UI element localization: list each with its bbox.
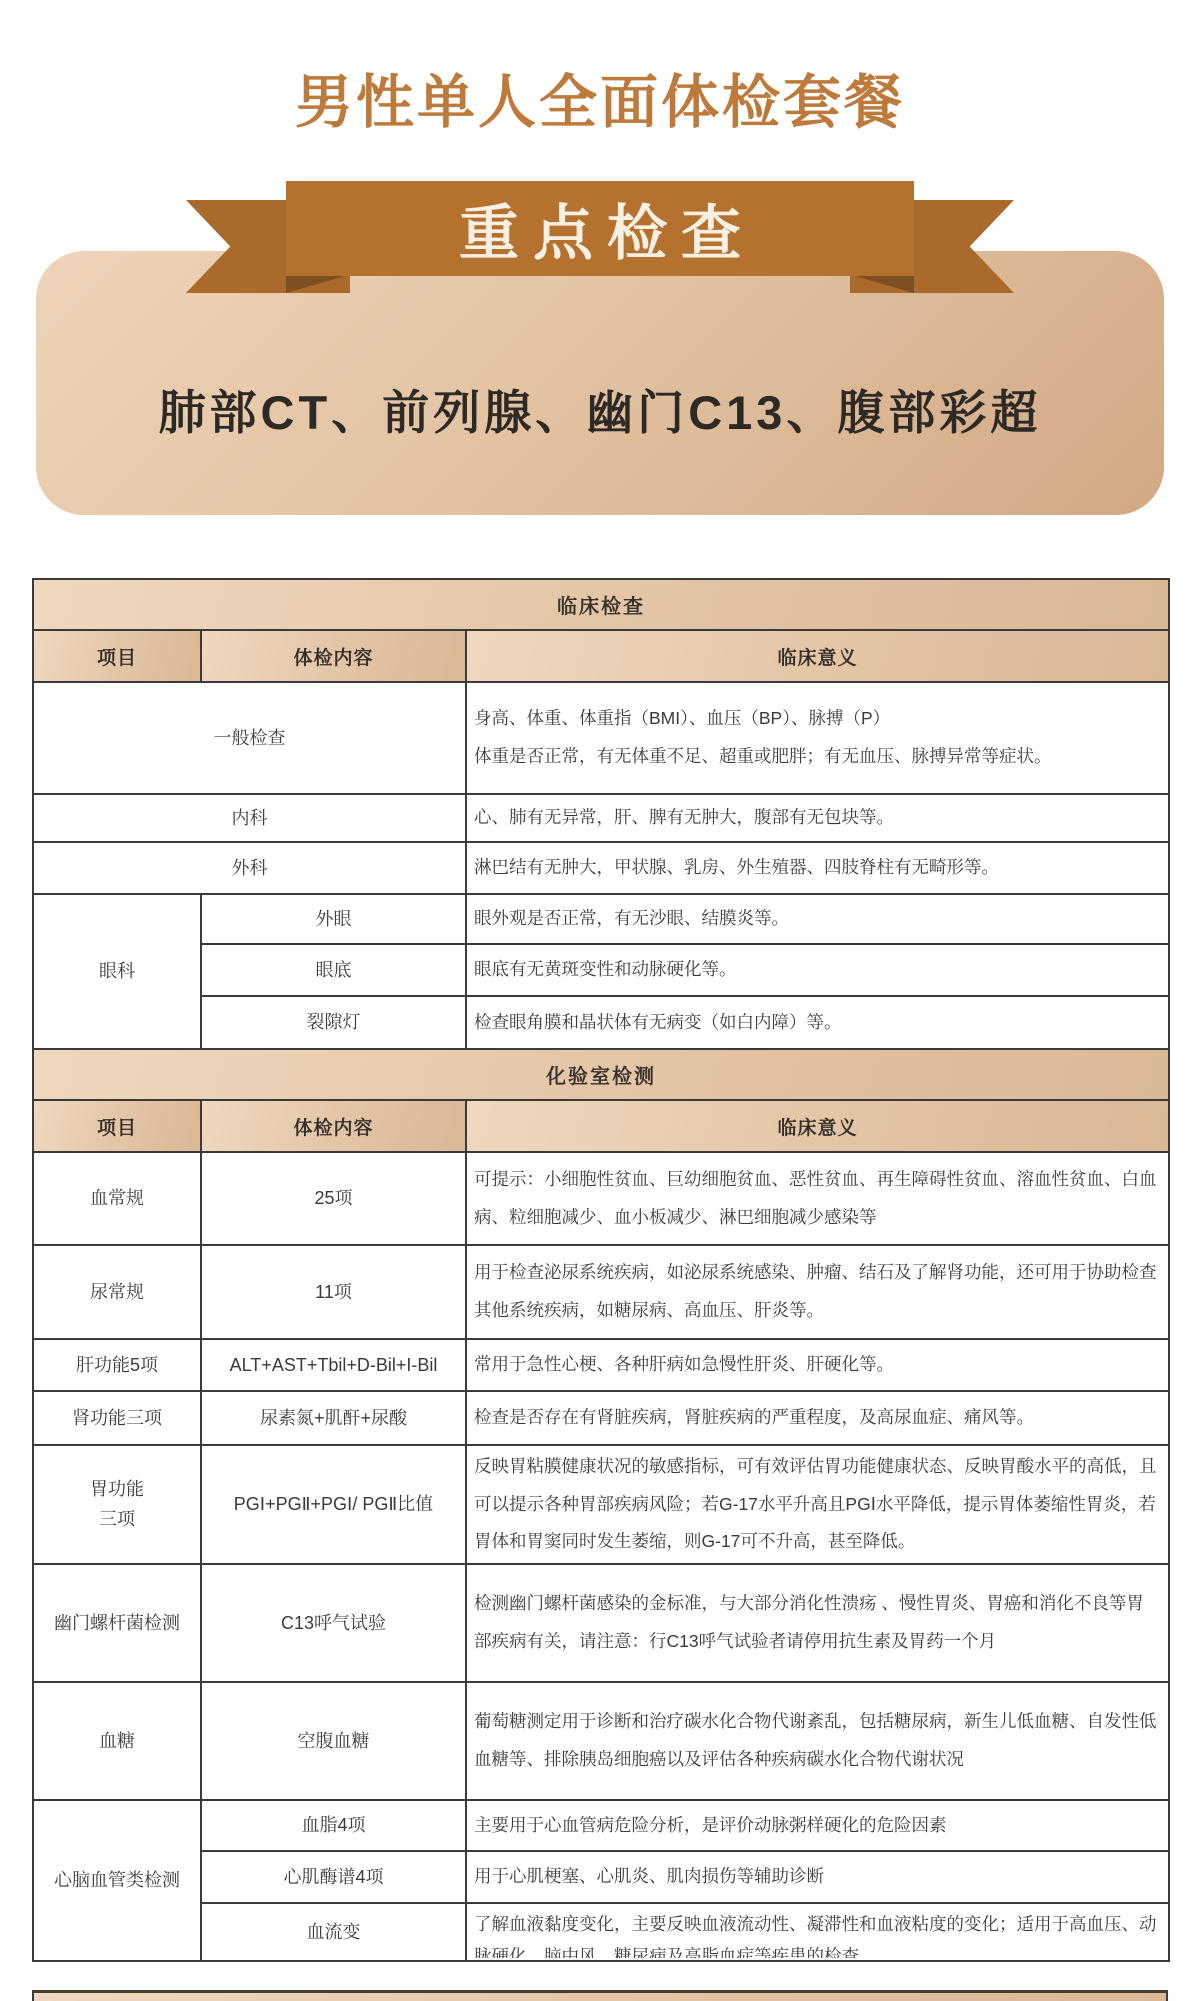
significance-text: 检查眼角膜和晶状体有无病变（如白内障）等。 (474, 1004, 1158, 1042)
item-cell: 肾功能三项 (33, 1391, 201, 1445)
content-cell: 血脂4项 (201, 1800, 466, 1851)
significance-text: 眼底有无黄斑变性和动脉硬化等。 (474, 951, 1158, 989)
significance-text: 检测幽门螺杆菌感染的金标准，与大部分消化性溃疡 、慢性胃炎、胃癌和消化不良等胃部… (474, 1585, 1158, 1660)
significance-text: 检查是否存在有肾脏疾病，肾脏疾病的严重程度，及高尿血症、痛风等。 (474, 1399, 1158, 1437)
column-header: 体检内容 (201, 1100, 466, 1152)
exam-table-wrap: 临床检查项目体检内容临床意义一般检查身高、体重、体重指（BMI）、血压（BP）、… (32, 578, 1168, 1962)
exam-table-body: 临床检查项目体检内容临床意义一般检查身高、体重、体重指（BMI）、血压（BP）、… (33, 579, 1169, 1961)
significance-cell: 心、肺有无异常，肝、脾有无肿大，腹部有无包块等。 (466, 794, 1169, 842)
section-title: 化验室检测 (33, 1049, 1169, 1100)
item-cell: 血常规 (33, 1152, 201, 1245)
significance-text: 眼外观是否正常，有无沙眼、结膜炎等。 (474, 900, 1158, 938)
significance-cell: 反映胃粘膜健康状况的敏感指标，可有效评估胃功能健康状态、反映胃酸水平的高低，且可… (466, 1445, 1169, 1564)
item-cell: 血糖 (33, 1682, 201, 1800)
item-cell: 外科 (33, 842, 466, 894)
column-header: 项目 (33, 1100, 201, 1152)
content-cell: 血流变 (201, 1903, 466, 1961)
content-cell: 眼底 (201, 944, 466, 996)
significance-cell: 身高、体重、体重指（BMI）、血压（BP）、脉搏（P） 体重是否正常，有无体重不… (466, 682, 1169, 794)
significance-text: 淋巴结有无肿大，甲状腺、乳房、外生殖器、四肢脊柱有无畸形等。 (474, 849, 1158, 887)
content-cell: 空腹血糖 (201, 1682, 466, 1800)
column-header: 临床意义 (466, 1100, 1169, 1152)
significance-cell: 主要用于心血管病危险分析，是评价动脉粥样硬化的危险因素 (466, 1800, 1169, 1851)
content-cell: ALT+AST+Tbil+D-Bil+I-Bil (201, 1339, 466, 1391)
significance-text: 反映胃粘膜健康状况的敏感指标，可有效评估胃功能健康状态、反映胃酸水平的高低，且可… (474, 1448, 1158, 1561)
page-title: 男性单人全面体检套餐 (0, 60, 1200, 146)
significance-cell: 眼底有无黄斑变性和动脉硬化等。 (466, 944, 1169, 996)
significance-text: 葡萄糖测定用于诊断和治疗碳水化合物代谢紊乱，包括糖尿病，新生儿低血糖、自发性低血… (474, 1703, 1158, 1778)
significance-cell: 眼外观是否正常，有无沙眼、结膜炎等。 (466, 894, 1169, 944)
ribbon-label: 重点检查 (286, 181, 914, 276)
item-cell: 肝功能5项 (33, 1339, 201, 1391)
significance-text: 用于检查泌尿系统疾病，如泌尿系统感染、肿瘤、结石及了解肾功能，还可用于协助检查其… (474, 1254, 1158, 1329)
significance-cell: 可提示：小细胞性贫血、巨幼细胞贫血、恶性贫血、再生障碍性贫血、溶血性贫血、白血病… (466, 1152, 1169, 1245)
column-header: 临床意义 (466, 630, 1169, 682)
significance-text: 用于心肌梗塞、心肌炎、肌肉损伤等辅助诊断 (474, 1858, 1158, 1896)
significance-cell: 常用于急性心梗、各种肝病如急慢性肝炎、肝硬化等。 (466, 1339, 1169, 1391)
significance-text: 可提示：小细胞性贫血、巨幼细胞贫血、恶性贫血、再生障碍性贫血、溶血性贫血、白血病… (474, 1161, 1158, 1236)
significance-text: 常用于急性心梗、各种肝病如急慢性肝炎、肝硬化等。 (474, 1346, 1158, 1384)
significance-text: 主要用于心血管病危险分析，是评价动脉粥样硬化的危险因素 (474, 1807, 1158, 1845)
significance-cell: 检查眼角膜和晶状体有无病变（如白内障）等。 (466, 996, 1169, 1049)
item-cell: 一般检查 (33, 682, 466, 794)
content-cell: 25项 (201, 1152, 466, 1245)
significance-cell: 检查是否存在有肾脏疾病，肾脏疾病的严重程度，及高尿血症、痛风等。 (466, 1391, 1169, 1445)
item-cell: 尿常规 (33, 1245, 201, 1339)
content-cell: PGⅠ+PGⅡ+PGⅠ/ PGⅡ比值 (201, 1445, 466, 1564)
highlight-text: 肺部CT、前列腺、幽门C13、腹部彩超 (159, 376, 1042, 443)
section-title: 临床检查 (33, 579, 1169, 630)
significance-cell: 用于检查泌尿系统疾病，如泌尿系统感染、肿瘤、结石及了解肾功能，还可用于协助检查其… (466, 1245, 1169, 1339)
column-header: 项目 (33, 630, 201, 682)
content-cell: 尿素氮+肌酐+尿酸 (201, 1391, 466, 1445)
content-cell: 裂隙灯 (201, 996, 466, 1049)
content-cell: C13呼气试验 (201, 1564, 466, 1682)
significance-text: 了解血液黏度变化，主要反映血液流动性、凝滞性和血液粘度的变化；适用于高血压、动脉… (474, 1906, 1158, 1958)
item-cell: 心脑血管类检测 (33, 1800, 201, 1961)
content-cell: 外眼 (201, 894, 466, 944)
page: 男性单人全面体检套餐 重点检查 肺部CT、前列腺、幽门C13、腹部彩超 临床检查… (0, 0, 1200, 2001)
content-cell: 11项 (201, 1245, 466, 1339)
item-cell: 幽门螺杆菌检测 (33, 1564, 201, 1682)
exam-table: 临床检查项目体检内容临床意义一般检查身高、体重、体重指（BMI）、血压（BP）、… (32, 578, 1170, 1962)
significance-cell: 用于心肌梗塞、心肌炎、肌肉损伤等辅助诊断 (466, 1851, 1169, 1903)
significance-cell: 检测幽门螺杆菌感染的金标准，与大部分消化性溃疡 、慢性胃炎、胃癌和消化不良等胃部… (466, 1564, 1169, 1682)
significance-text: 心、肺有无异常，肝、脾有无肿大，腹部有无包块等。 (474, 799, 1158, 837)
significance-cell: 葡萄糖测定用于诊断和治疗碳水化合物代谢紊乱，包括糖尿病，新生儿低血糖、自发性低血… (466, 1682, 1169, 1800)
item-cell: 内科 (33, 794, 466, 842)
item-cell: 胃功能 三项 (33, 1445, 201, 1564)
significance-cell: 淋巴结有无肿大，甲状腺、乳房、外生殖器、四肢脊柱有无畸形等。 (466, 842, 1169, 894)
item-cell: 眼科 (33, 894, 201, 1049)
column-header: 体检内容 (201, 630, 466, 682)
significance-cell: 了解血液黏度变化，主要反映血液流动性、凝滞性和血液粘度的变化；适用于高血压、动脉… (466, 1903, 1169, 1961)
content-cell: 心肌酶谱4项 (201, 1851, 466, 1903)
significance-text: 身高、体重、体重指（BMI）、血压（BP）、脉搏（P） 体重是否正常，有无体重不… (474, 700, 1158, 775)
next-section-band-clipped (32, 1990, 1168, 2001)
